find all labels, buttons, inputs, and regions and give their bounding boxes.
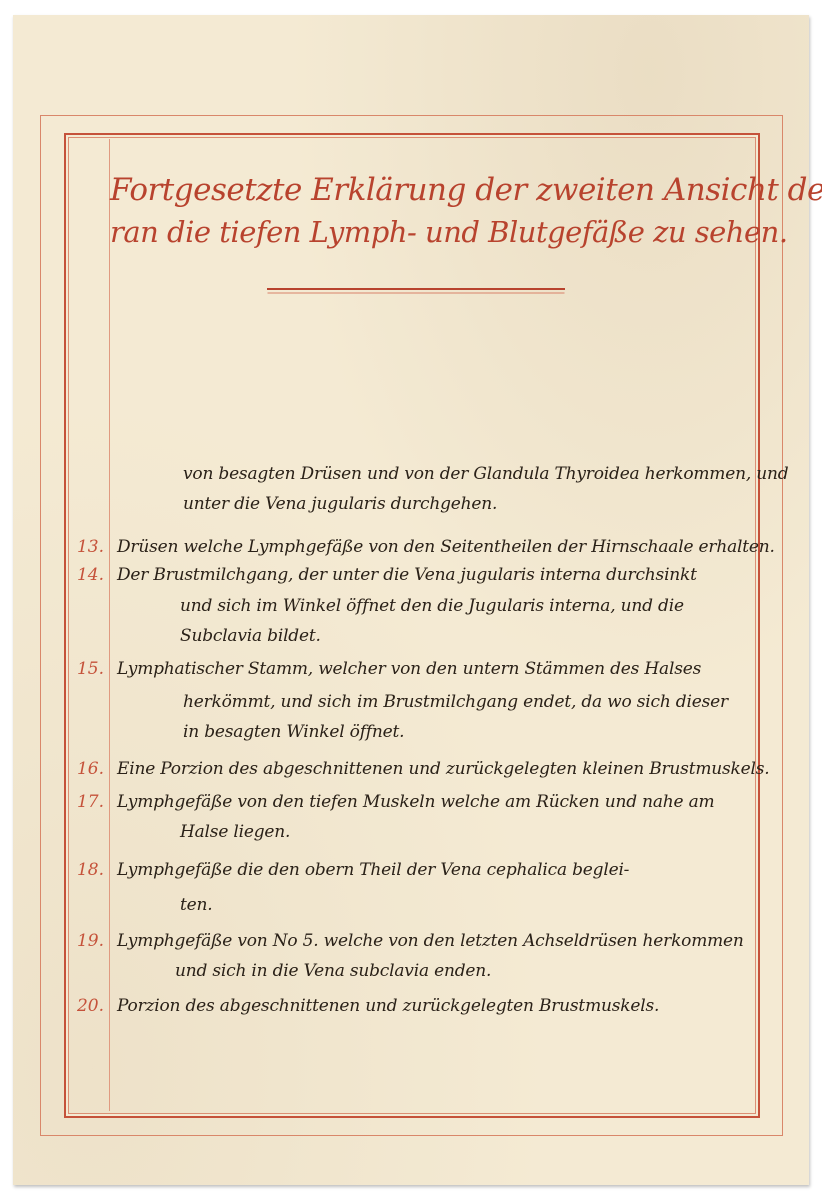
entry-number: 13. (68, 537, 104, 557)
entry-number: 16. (68, 759, 104, 779)
entry-text: und sich im Winkel öffnet den die Jugula… (180, 596, 684, 616)
entry-text: und sich in die Vena subclavia enden. (175, 961, 491, 981)
entry-text: Lymphgefäße die den obern Theil der Vena… (117, 860, 629, 880)
entry-text: Der Brustmilchgang, der unter die Vena j… (117, 565, 697, 585)
continuation-line: unter die Vena jugularis durchgehen. (183, 494, 497, 514)
entry-number: 15. (68, 659, 104, 679)
entry-number: 20. (68, 996, 104, 1016)
entry-text: Lymphgefäße von den tiefen Muskeln welch… (117, 792, 714, 812)
entry-text: Lymphatischer Stamm, welcher von den unt… (117, 659, 701, 679)
page-title: Fortgesetzte Erklärung der zweiten Ansic… (110, 168, 740, 252)
entry-text: ten. (180, 895, 212, 915)
entry-number: 17. (68, 792, 104, 812)
entry-text: Porzion des abgeschnittenen und zurückge… (117, 996, 659, 1016)
continuation-line: von besagten Drüsen und von der Glandula… (183, 464, 788, 484)
entry-text: Eine Porzion des abgeschnittenen und zur… (117, 759, 769, 779)
title-line-1: Fortgesetzte Erklärung der zweiten Ansic… (110, 168, 740, 212)
entry-text: Halse liegen. (180, 822, 290, 842)
number-margin-rule (109, 139, 110, 1111)
entry-number: 19. (68, 931, 104, 951)
entry-number: 14. (68, 565, 104, 585)
title-line-2: ran die tiefen Lymph- und Blutgefäße zu … (110, 212, 740, 252)
entry-text: Drüsen welche Lymphgefäße von den Seiten… (117, 537, 775, 557)
entry-text: in besagten Winkel öffnet. (183, 722, 404, 742)
entry-text: Subclavia bildet. (180, 626, 321, 646)
entry-text: herkömmt, und sich im Brustmilchgang end… (183, 692, 728, 712)
entry-number: 18. (68, 860, 104, 880)
title-underline (267, 288, 565, 290)
entry-text: Lymphgefäße von No 5. welche von den let… (117, 931, 744, 951)
